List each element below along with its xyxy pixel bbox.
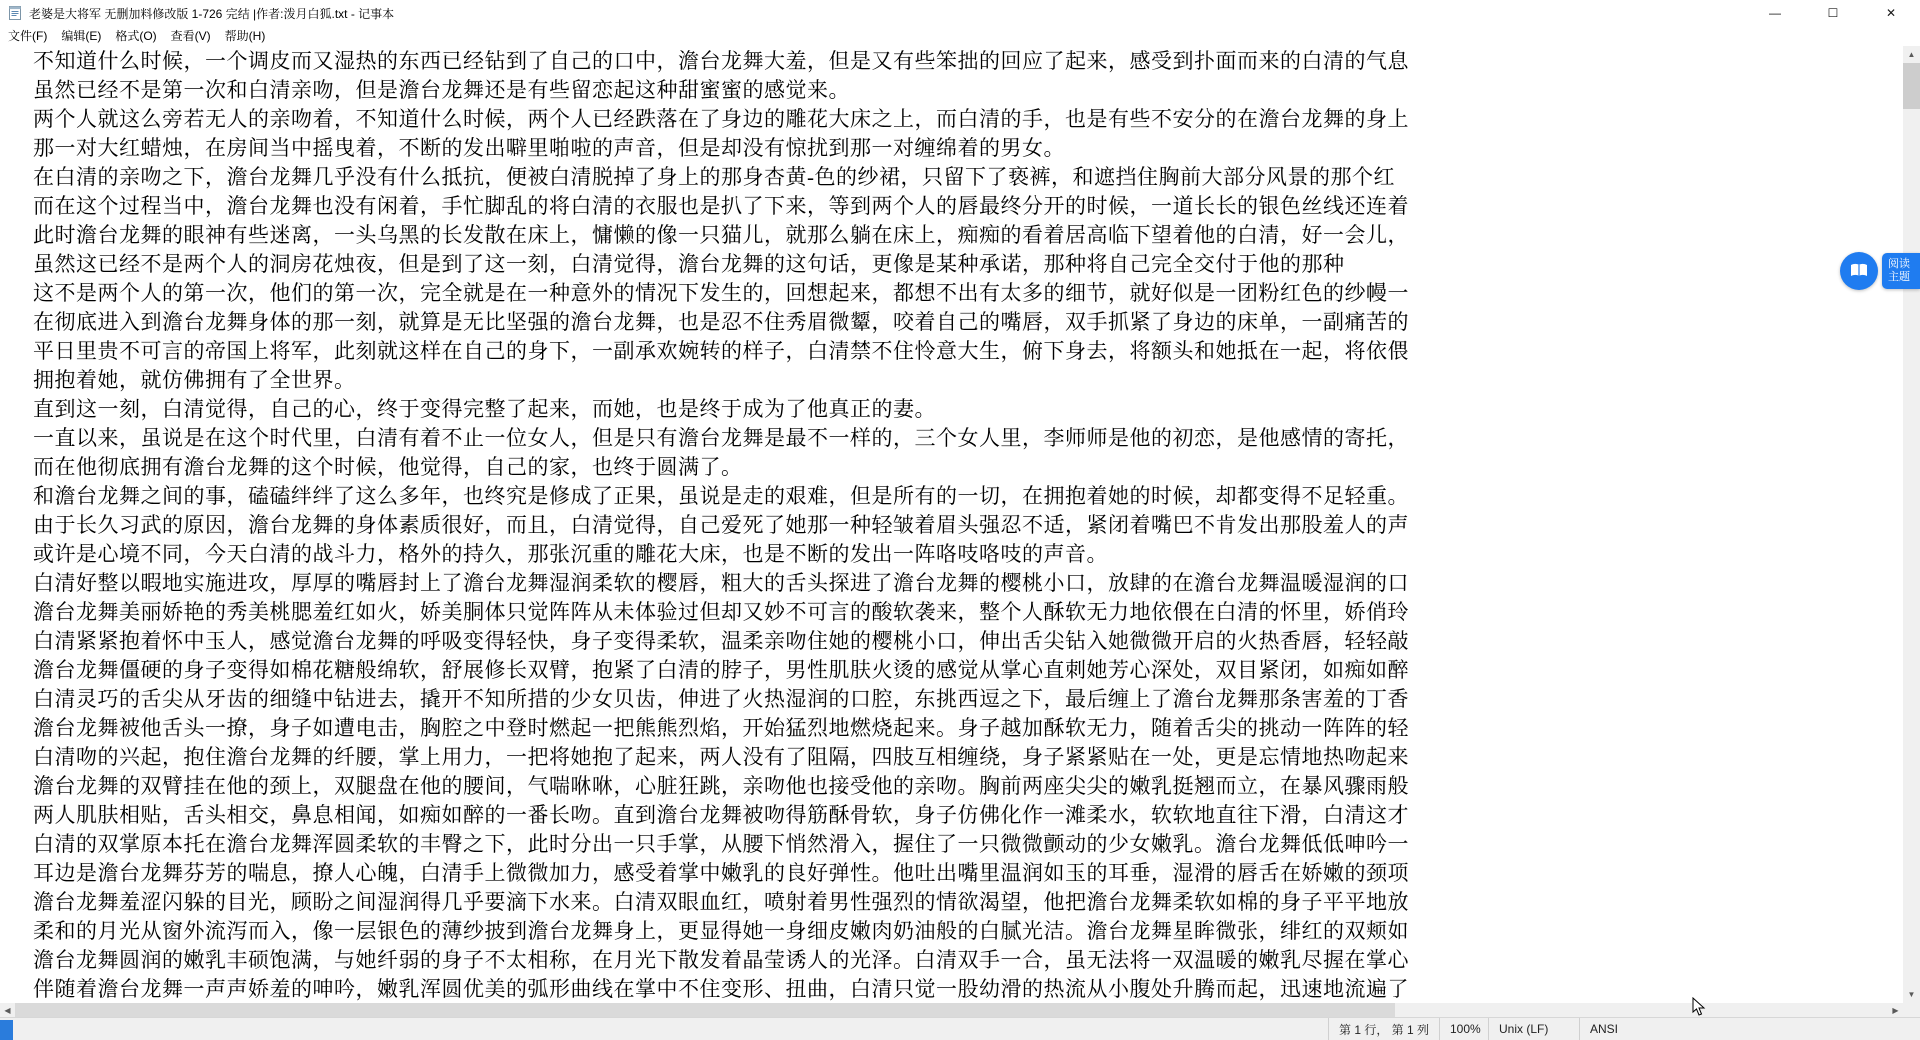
encoding: ANSI — [1579, 1018, 1920, 1040]
text-line: 不知道什么时候，一个调皮而又湿热的东西已经钻到了自己的口中，澹台龙舞大羞，但是又… — [33, 47, 1903, 76]
zoom-level: 100% — [1439, 1018, 1488, 1040]
menu-item[interactable]: 查看(V) — [164, 26, 218, 47]
text-line: 白清吻的兴起，抱住澹台龙舞的纤腰，掌上用力，一把将她抱了起来，两人没有了阻隔，四… — [33, 743, 1903, 772]
text-line: 在彻底进入到澹台龙舞身体的那一刻，就算是无比坚强的澹台龙舞，也是忍不住秀眉微颦，… — [33, 308, 1903, 337]
text-line: 白清的双掌原本托在澹台龙舞浑圆柔软的丰臀之下，此时分出一只手掌，从腰下悄然滑入，… — [33, 830, 1903, 859]
title-bar: 老婆是大将军 无删加料修改版 1-726 完结 |作者:泼月白狐.txt - 记… — [0, 0, 1920, 26]
text-line: 两人肌肤相贴，舌头相交，鼻息相闻，如痴如醉的一番长吻。直到澹台龙舞被吻得筋酥骨软… — [33, 801, 1903, 830]
cursor-position: 第 1 行， 第 1 列 — [1328, 1018, 1439, 1040]
text-line: 虽然这已经不是两个人的洞房花烛夜，但是到了这一刻，白清觉得，澹台龙舞的这句话，更… — [33, 250, 1903, 279]
horizontal-scrollbar-thumb[interactable] — [15, 1003, 1395, 1018]
status-bar: 第 1 行， 第 1 列 100% Unix (LF) ANSI — [0, 1017, 1920, 1040]
reader-book-icon[interactable] — [1840, 252, 1878, 290]
notepad-app-icon — [7, 5, 23, 21]
text-line: 白清灵巧的舌尖从牙齿的细缝中钻进去，撬开不知所措的少女贝齿，伸进了火热湿润的口腔… — [33, 685, 1903, 714]
status-spacer — [0, 1018, 1328, 1040]
scroll-up-icon[interactable]: ▲ — [1903, 46, 1920, 63]
menu-item[interactable]: 格式(O) — [108, 26, 163, 47]
line-ending: Unix (LF) — [1488, 1018, 1579, 1040]
menu-item[interactable]: 编辑(E) — [54, 26, 108, 47]
text-line: 直到这一刻，白清觉得，自己的心，终于变得完整了起来，而她，也是终于成为了他真正的… — [33, 395, 1903, 424]
text-editor[interactable]: 不知道什么时候，一个调皮而又湿热的东西已经钻到了自己的口中，澹台龙舞大羞，但是又… — [0, 46, 1903, 1003]
text-line: 白清好整以暇地实施进攻，厚厚的嘴唇封上了澹台龙舞湿润柔软的樱唇，粗大的舌头探进了… — [33, 569, 1903, 598]
text-line: 和澹台龙舞之间的事，磕磕绊绊了这么多年，也终究是修成了正果，虽说是走的艰难，但是… — [33, 482, 1903, 511]
text-line: 此时澹台龙舞的眼神有些迷离，一头乌黑的长发散在床上，慵懒的像一只猫儿，就那么躺在… — [33, 221, 1903, 250]
window-controls: — ☐ ✕ — [1746, 0, 1920, 26]
vertical-scrollbar-thumb[interactable] — [1903, 63, 1920, 109]
mouse-cursor-icon — [1692, 997, 1706, 1017]
text-line: 澹台龙舞美丽娇艳的秀美桃腮羞红如火，娇美胴体只觉阵阵从未体验过但却又妙不可言的酸… — [33, 598, 1903, 627]
text-line: 一直以来，虽说是在这个时代里，白清有着不止一位女人，但是只有澹台龙舞是最不一样的… — [33, 424, 1903, 453]
text-line: 柔和的月光从窗外流泻而入，像一层银色的薄纱披到澹台龙舞身上，更显得她一身细皮嫩肉… — [33, 917, 1903, 946]
text-line: 伴随着澹台龙舞一声声娇羞的呻吟，嫩乳浑圆优美的弧形曲线在掌中不住变形、扭曲，白清… — [33, 975, 1903, 1003]
text-line: 澹台龙舞的双臂挂在他的颈上，双腿盘在他的腰间，气喘咻咻，心脏狂跳，亲吻他也接受他… — [33, 772, 1903, 801]
text-line: 耳边是澹台龙舞芬芳的喘息，撩人心魄，白清手上微微加力，感受着掌中嫩乳的良好弹性。… — [33, 859, 1903, 888]
reading-widget-label-line1: 阅读 — [1888, 258, 1920, 271]
reading-widget-label-line2: 主题 — [1888, 271, 1920, 284]
text-line: 在白清的亲吻之下，澹台龙舞几乎没有什么抵抗，便被白清脱掉了身上的那身杏黄-色的纱… — [33, 163, 1903, 192]
text-line: 澹台龙舞僵硬的身子变得如棉花糖般绵软，舒展修长双臂，抱紧了白清的脖子，男性肌肤火… — [33, 656, 1903, 685]
text-line: 而在他彻底拥有澹台龙舞的这个时候，他觉得，自己的家，也终于圆满了。 — [33, 453, 1903, 482]
text-line: 虽然已经不是第一次和白清亲吻，但是澹台龙舞还是有些留恋起这种甜蜜蜜的感觉来。 — [33, 76, 1903, 105]
text-line: 澹台龙舞羞涩闪躲的目光，顾盼之间湿润得几乎要滴下水来。白清双眼血红，喷射着男性强… — [33, 888, 1903, 917]
text-line: 这不是两个人的第一次，他们的第一次，完全就是在一种意外的情况下发生的，回想起来，… — [33, 279, 1903, 308]
close-button[interactable]: ✕ — [1862, 0, 1920, 26]
menu-bar: 文件(F)编辑(E)格式(O)查看(V)帮助(H) — [0, 26, 1920, 46]
scrollbar-corner — [1903, 1003, 1920, 1018]
text-line: 两个人就这么旁若无人的亲吻着，不知道什么时候，两个人已经跌落在了身边的雕花大床之… — [33, 105, 1903, 134]
text-line: 那一对大红蜡烛，在房间当中摇曳着，不断的发出噼里啪啦的声音，但是却没有惊扰到那一… — [33, 134, 1903, 163]
notepad-window: 老婆是大将军 无删加料修改版 1-726 完结 |作者:泼月白狐.txt - 记… — [0, 0, 1920, 1040]
text-line: 或许是心境不同，今天白清的战斗力，格外的持久，那张沉重的雕花大床，也是不断的发出… — [33, 540, 1903, 569]
minimize-button[interactable]: — — [1746, 0, 1804, 26]
text-line: 平日里贵不可言的帝国上将军，此刻就这样在自己的身下，一副承欢婉转的样子，白清禁不… — [33, 337, 1903, 366]
horizontal-scrollbar[interactable]: ◀ ▶ — [0, 1003, 1903, 1018]
text-line: 澹台龙舞被他舌头一撩，身子如遭电击，胸腔之中登时燃起一把熊熊烈焰，开始猛烈地燃烧… — [33, 714, 1903, 743]
scroll-down-icon[interactable]: ▼ — [1903, 986, 1920, 1003]
text-line: 拥抱着她，就仿佛拥有了全世界。 — [33, 366, 1903, 395]
menu-item[interactable]: 文件(F) — [1, 26, 54, 47]
text-line: 由于长久习武的原因，澹台龙舞的身体素质很好，而且，白清觉得，自己爱死了她那一种轻… — [33, 511, 1903, 540]
menu-item[interactable]: 帮助(H) — [218, 26, 273, 47]
window-title: 老婆是大将军 无删加料修改版 1-726 完结 |作者:泼月白狐.txt - 记… — [29, 5, 394, 22]
text-line: 而在这个过程当中，澹台龙舞也没有闲着，手忙脚乱的将白清的衣服也是扒了下来，等到两… — [33, 192, 1903, 221]
vertical-scrollbar[interactable]: ▲ ▼ — [1903, 46, 1920, 1003]
reading-widget-label[interactable]: 阅读 主题 — [1882, 253, 1920, 289]
scroll-left-icon[interactable]: ◀ — [0, 1003, 15, 1018]
text-line: 澹台龙舞圆润的嫩乳丰硕饱满，与她纤弱的身子不太相称，在月光下散发着晶莹诱人的光泽… — [33, 946, 1903, 975]
corner-blue-badge — [0, 1020, 13, 1040]
scroll-right-icon[interactable]: ▶ — [1888, 1003, 1903, 1018]
text-line: 白清紧紧抱着怀中玉人，感觉澹台龙舞的呼吸变得轻快，身子变得柔软，温柔亲吻住她的樱… — [33, 627, 1903, 656]
maximize-button[interactable]: ☐ — [1804, 0, 1862, 26]
reading-widget[interactable]: 阅读 主题 — [1840, 252, 1920, 290]
